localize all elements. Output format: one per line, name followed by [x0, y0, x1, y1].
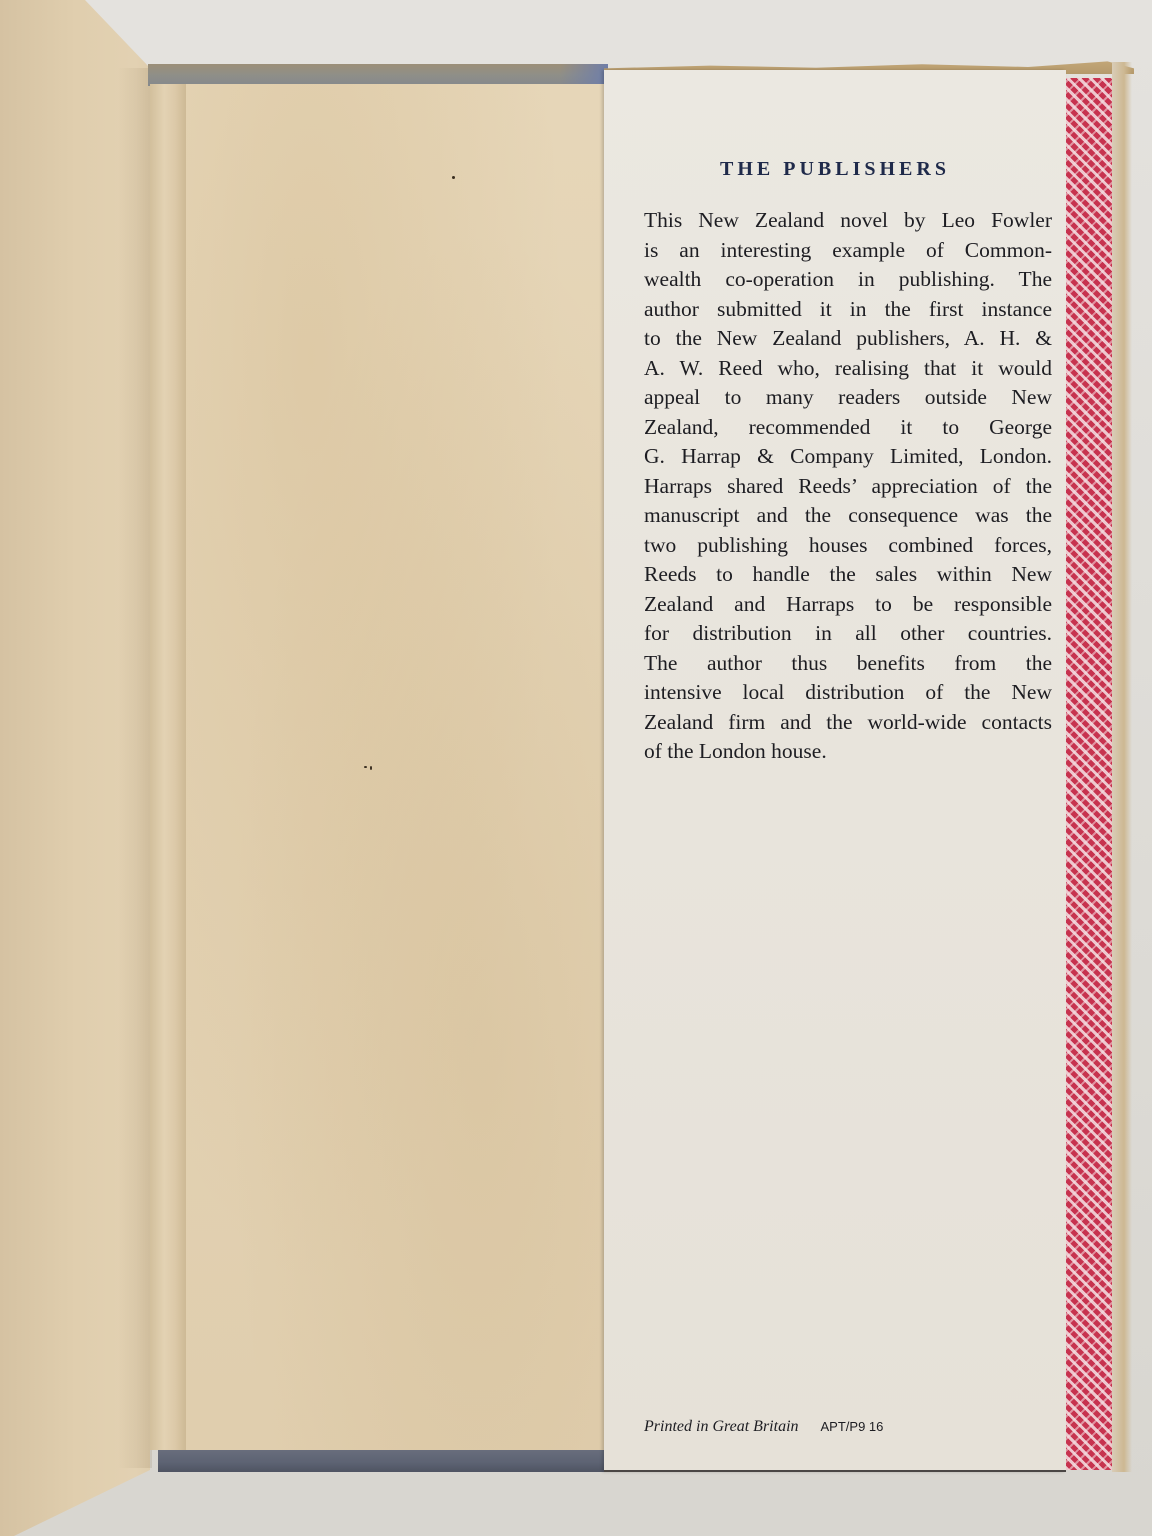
flap-line: for distribution in all other countries.: [644, 619, 1052, 649]
print-code: APT/P9 16: [821, 1419, 884, 1434]
flap-line: of the London house.: [644, 737, 1052, 767]
flap-line: A. W. Reed who, realising that it would: [644, 354, 1052, 384]
foxing-spot: [370, 766, 372, 770]
printed-in-label: Printed in Great Britain: [644, 1418, 799, 1435]
flap-line: author submitted it in the first instanc…: [644, 295, 1052, 325]
flap-line: Zealand, recommended it to George: [644, 413, 1052, 443]
board-top-edge: [148, 64, 608, 86]
flyleaf-shadow: [118, 68, 152, 1468]
dust-jacket-flap: THE PUBLISHERS This New Zealand novel by…: [604, 70, 1066, 1472]
flap-line: G. Harrap & Company Limited, London.: [644, 442, 1052, 472]
flap-title: THE PUBLISHERS: [604, 158, 1066, 181]
flap-line: Zealand firm and the world-wide contacts: [644, 708, 1052, 738]
flap-line: Reeds to handle the sales within New: [644, 560, 1052, 590]
foxing-spot: [452, 176, 455, 179]
flap-body-text: This New Zealand novel by Leo Fowler is …: [644, 206, 1052, 767]
flap-line: wealth co-operation in publishing. The: [644, 265, 1052, 295]
flap-line: two publishing houses combined forces,: [644, 531, 1052, 561]
flap-line: The author thus benefits from the: [644, 649, 1052, 679]
flap-footer: Printed in Great Britain APT/P9 16: [644, 1418, 1044, 1436]
jacket-worn-edge: [1112, 62, 1132, 1472]
flap-line: is an interesting example of Common-: [644, 236, 1052, 266]
board-top-edge-tint: [560, 64, 608, 86]
flap-line: manuscript and the consequence was the: [644, 501, 1052, 531]
flap-line: intensive local distribution of the New: [644, 678, 1052, 708]
flap-line: appeal to many readers outside New: [644, 383, 1052, 413]
book-hinge: [150, 84, 186, 1450]
foxing-spot: [364, 766, 367, 768]
flap-line: Harraps shared Reeds’ appreciation of th…: [644, 472, 1052, 502]
flap-line: to the New Zealand publishers, A. H. &: [644, 324, 1052, 354]
flap-line: This New Zealand novel by Leo Fowler: [644, 206, 1052, 236]
pastedown-endpaper: [186, 84, 606, 1450]
board-bottom-edge: [158, 1448, 618, 1472]
flap-line: Zealand and Harraps to be responsible: [644, 590, 1052, 620]
houndstooth-spine-strip: [1066, 78, 1116, 1470]
